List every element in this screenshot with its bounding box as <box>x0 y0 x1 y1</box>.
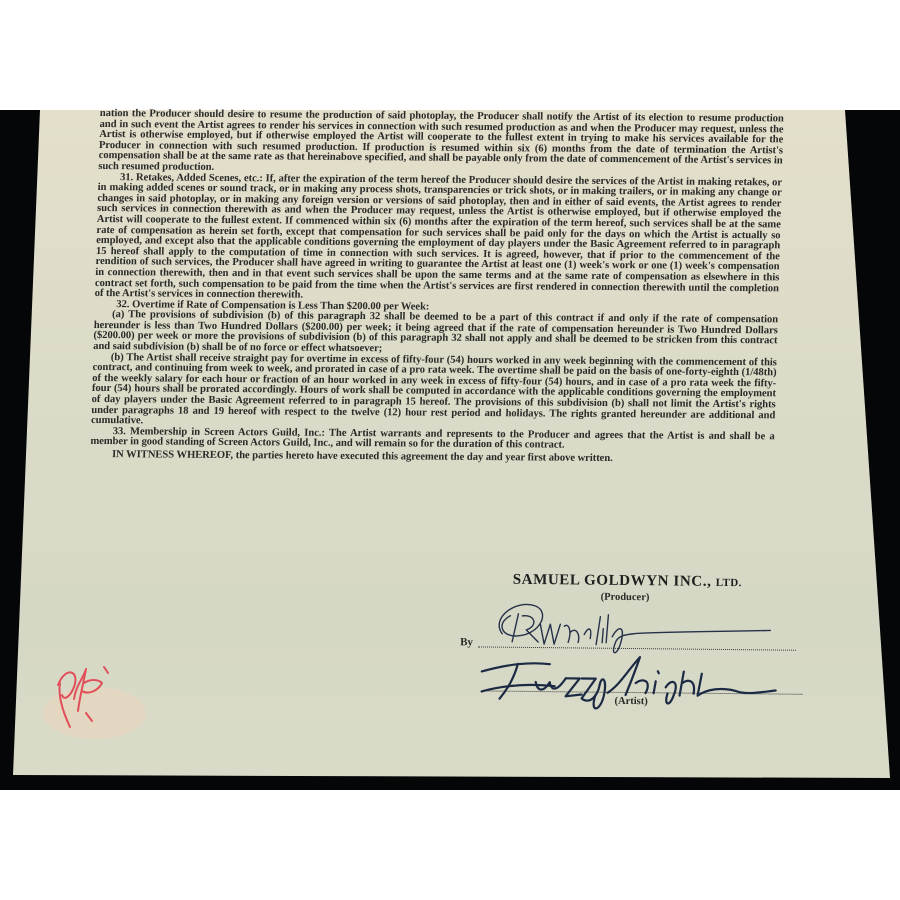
contract-body: nation the Producer should desire to res… <box>90 109 784 466</box>
paragraph-31-text: If, after the expiration of the term her… <box>95 173 783 301</box>
paragraph-30-continued: nation the Producer should desire to res… <box>98 109 784 178</box>
signature-block: SAMUEL GOLDWYN INC., LTD. (Producer) By … <box>439 563 821 747</box>
handwritten-signatures <box>439 563 821 747</box>
paragraph-31: 31. Retakes, Added Scenes, etc.: If, aft… <box>95 173 783 305</box>
producer-signature-icon <box>499 604 771 654</box>
paragraph-32a: (a) The provisions of subdivision (b) of… <box>93 310 778 358</box>
artist-signature-icon <box>481 655 776 710</box>
paragraph-32b: (b) The Artist shall receive straight pa… <box>91 353 777 433</box>
red-initials-icon <box>40 655 150 735</box>
